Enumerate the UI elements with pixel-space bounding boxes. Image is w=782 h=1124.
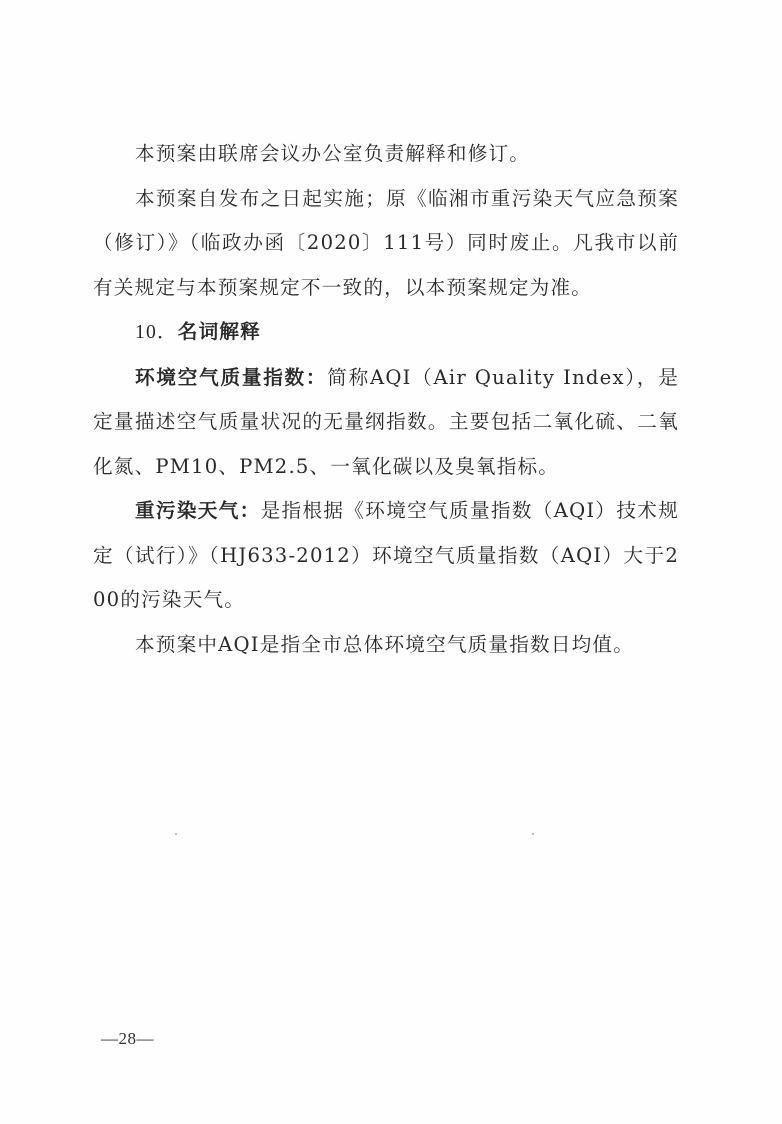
document-page: 本预案由联席会议办公室负责解释和修订。 本预案自发布之日起实施；原《临湘市重污染… bbox=[0, 0, 782, 1124]
definition-aqi: 环境空气质量指数：简称AQI（Air Quality Index），是定量描述空… bbox=[93, 356, 679, 490]
definition-term: 重污染天气： bbox=[135, 499, 261, 522]
paragraph-aqi-note: 本预案中AQI是指全市总体环境空气质量指数日均值。 bbox=[93, 623, 679, 668]
scan-speck bbox=[175, 833, 177, 835]
section-number: 10． bbox=[135, 322, 178, 343]
paragraph-effective-date: 本预案自发布之日起实施；原《临湘市重污染天气应急预案（修订）》（临政办函〔202… bbox=[93, 177, 679, 311]
definition-heavy-pollution: 重污染天气：是指根据《环境空气质量指数（AQI）技术规定（试行）》（HJ633-… bbox=[93, 489, 679, 623]
page-number: —28— bbox=[101, 1029, 154, 1049]
section-title: 名词解释 bbox=[178, 320, 261, 343]
paragraph-interpretation: 本预案由联席会议办公室负责解释和修订。 bbox=[93, 132, 679, 177]
scan-speck bbox=[532, 833, 534, 835]
section-heading: 10．名词解释 bbox=[93, 310, 679, 356]
definition-term: 环境空气质量指数： bbox=[135, 366, 327, 389]
document-body: 本预案由联席会议办公室负责解释和修订。 本预案自发布之日起实施；原《临湘市重污染… bbox=[93, 132, 679, 667]
